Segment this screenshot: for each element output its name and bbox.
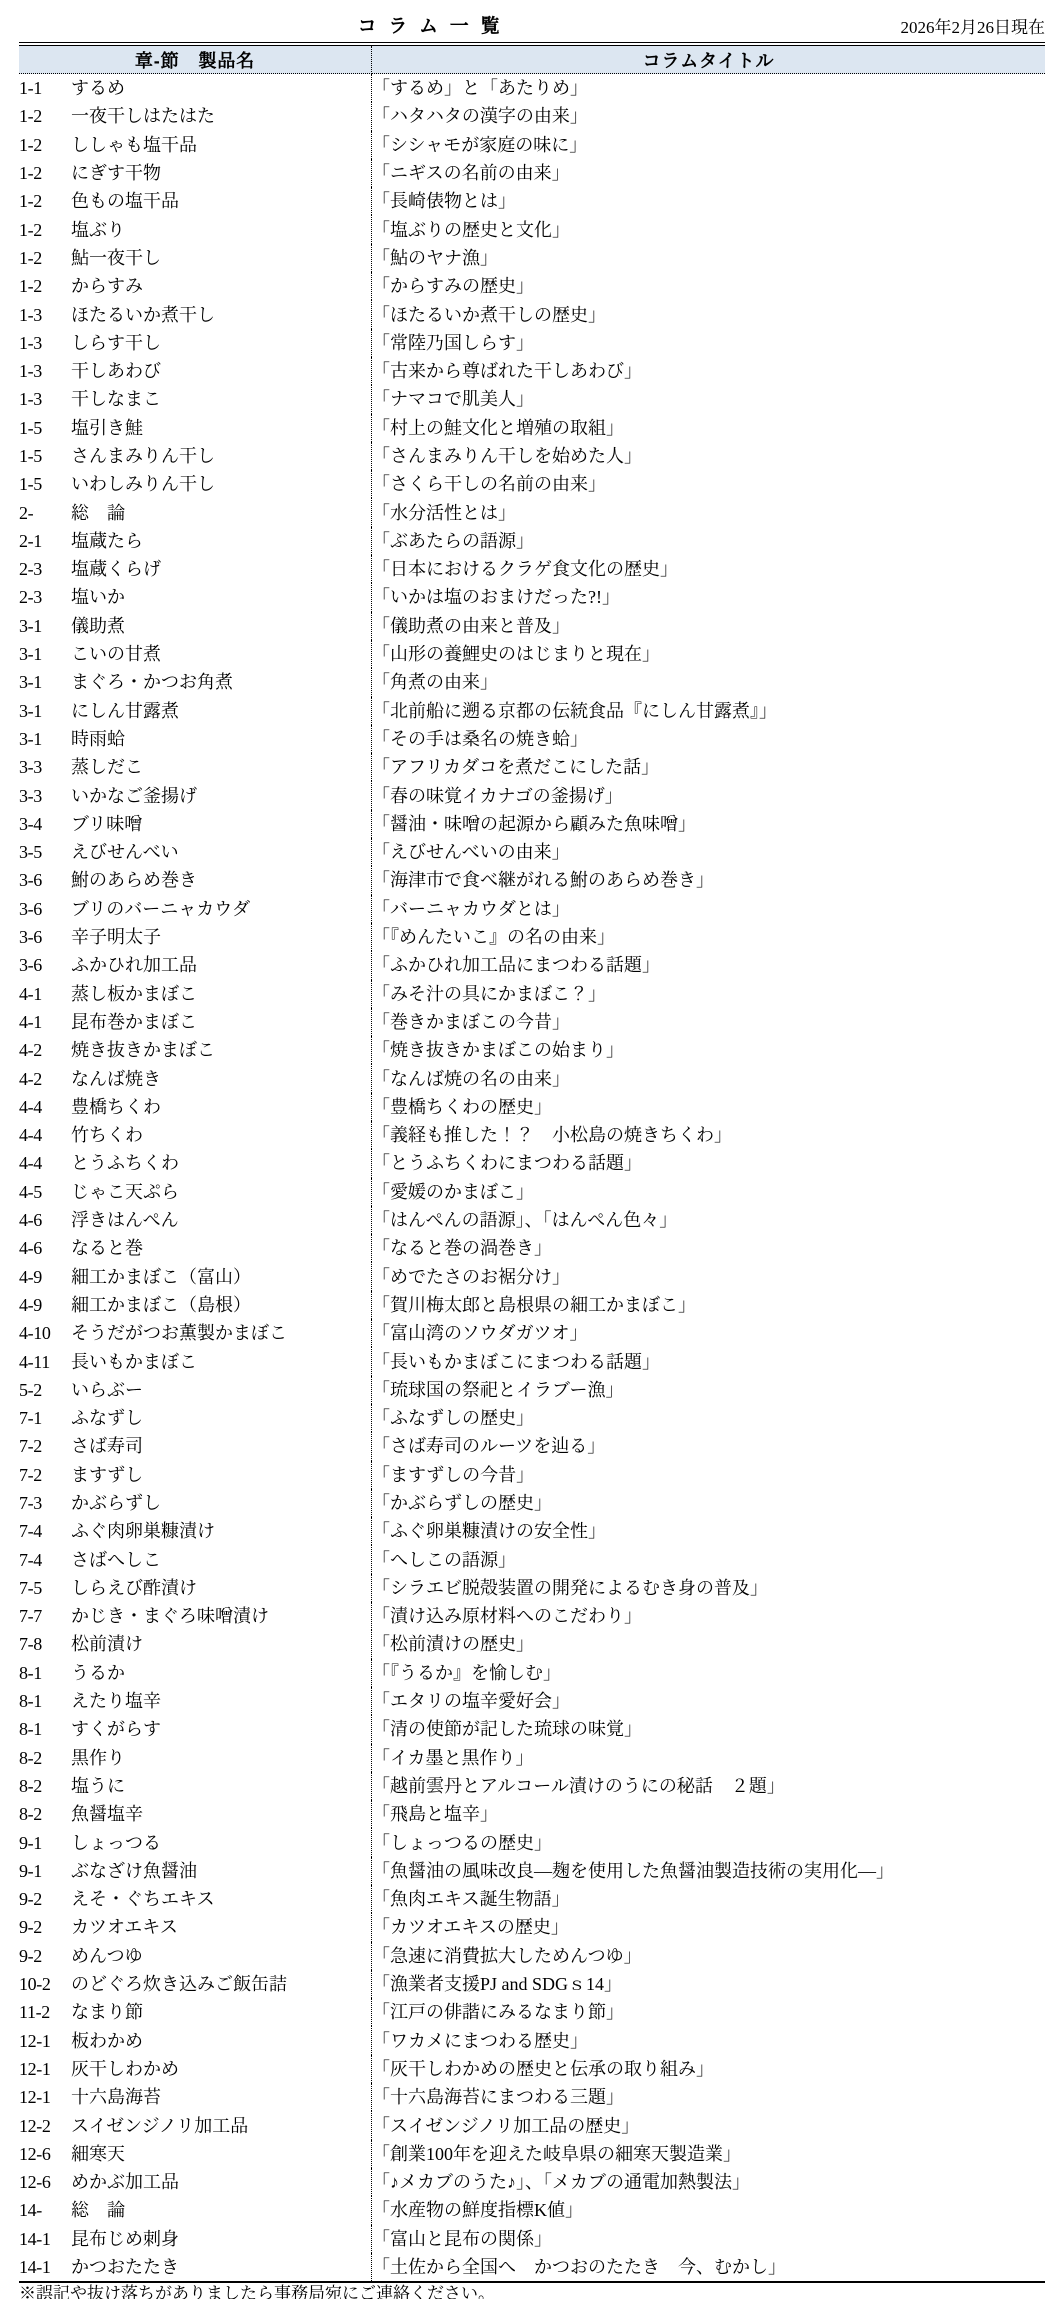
- row-product-name: からすみ: [71, 276, 143, 296]
- table-row: 11-2なまり節 「江戸の俳諧にみるなまり節」: [19, 1998, 1045, 2026]
- row-column-title: 「へしこの語源」: [372, 1545, 1046, 1573]
- row-chapter-section: 9-2: [19, 1890, 71, 1908]
- row-product-name: じゃこ天ぷら: [71, 1182, 179, 1202]
- row-product-name: うるか: [71, 1663, 125, 1683]
- row-product-name: 塩いか: [71, 587, 125, 607]
- cell-chapter-product: 3-1にしん甘露煮: [19, 697, 372, 725]
- table-row: 1-3干しあわび 「古来から尊ばれた干しあわび」: [19, 357, 1045, 385]
- row-product-name: スイゼンジノリ加工品: [71, 2116, 248, 2136]
- cell-chapter-product: 12-6めかぶ加工品: [19, 2168, 372, 2196]
- row-chapter-section: 3-4: [19, 815, 71, 833]
- cell-chapter-product: 7-4ふぐ肉卵巣糠漬け: [19, 1517, 372, 1545]
- row-chapter-section: 7-5: [19, 1579, 71, 1597]
- column-list-table: 章‐節 製品名 コラムタイトル 1-1するめ 「するめ」と「あたりめ」 1-2一…: [19, 46, 1045, 2281]
- cell-chapter-product: 4-5じゃこ天ぷら: [19, 1178, 372, 1206]
- table-row: 7-3かぶらずし 「かぶらずしの歴史」: [19, 1489, 1045, 1517]
- row-product-name: いかなご釜揚げ: [71, 786, 197, 806]
- table-row: 1-3しらす干し 「常陸乃国しらす」: [19, 329, 1045, 357]
- row-product-name: 魚醤塩辛: [71, 1804, 143, 1824]
- row-column-title: 「漁業者支援PJ and SDGｓ14」: [372, 1970, 1046, 1998]
- cell-chapter-product: 1-3しらす干し: [19, 329, 372, 357]
- row-product-name: 蒸し板かまぼこ: [71, 984, 197, 1004]
- row-product-name: 灰干しわかめ: [71, 2059, 179, 2079]
- row-chapter-section: 12-2: [19, 2117, 71, 2135]
- row-product-name: しょっつる: [71, 1833, 161, 1853]
- row-chapter-section: 8-2: [19, 1749, 71, 1767]
- cell-chapter-product: 1-5塩引き鮭: [19, 414, 372, 442]
- row-chapter-section: 4-1: [19, 1013, 71, 1031]
- table-row: 3-4ブリ味噌 「醤油・味噌の起源から顧みた魚味噌」: [19, 810, 1045, 838]
- cell-chapter-product: 12-1板わかめ: [19, 2026, 372, 2054]
- cell-chapter-product: 8-1うるか: [19, 1659, 372, 1687]
- cell-chapter-product: 7-5しらえび酢漬け: [19, 1574, 372, 1602]
- as-of-date: 2026年2月26日現在: [850, 19, 1045, 36]
- row-chapter-section: 4-4: [19, 1154, 71, 1172]
- table-row: 12-1板わかめ 「ワカメにまつわる歴史」: [19, 2026, 1045, 2054]
- row-chapter-section: 1-2: [19, 221, 71, 239]
- row-chapter-section: 3-1: [19, 730, 71, 748]
- table-row: 8-1えたり塩辛 「エタリの塩辛愛好会」: [19, 1687, 1045, 1715]
- row-product-name: 浮きはんぺん: [71, 1210, 179, 1230]
- document-page: コラム一覧 2026年2月26日現在 章‐節 製品名 コラムタイトル 1-1する…: [0, 0, 1064, 2299]
- table-row: 4-9細工かまぼこ（富山） 「めでたさのお裾分け」: [19, 1262, 1045, 1290]
- row-column-title: 「ニギスの名前の由来」: [372, 159, 1046, 187]
- table-row: 3-1にしん甘露煮 「北前船に遡る京都の伝統食品『にしん甘露煮』」: [19, 697, 1045, 725]
- row-column-title: 「アフリカダコを煮だこにした話」: [372, 753, 1046, 781]
- row-product-name: しらす干し: [71, 333, 161, 353]
- row-column-title: 「海津市で食べ継がれる鮒のあらめ巻き」: [372, 866, 1046, 894]
- table-row: 2-3塩蔵くらげ 「日本におけるクラゲ食文化の歴史」: [19, 555, 1045, 583]
- table-row: 1-2鮎一夜干し 「鮎のヤナ漁」: [19, 244, 1045, 272]
- cell-chapter-product: 1-2からすみ: [19, 272, 372, 300]
- row-product-name: さば寿司: [71, 1436, 143, 1456]
- row-chapter-section: 7-8: [19, 1635, 71, 1653]
- row-chapter-section: 2-1: [19, 532, 71, 550]
- row-column-title: 「なると巻の渦巻き」: [372, 1234, 1046, 1262]
- row-chapter-section: 12-1: [19, 2032, 71, 2050]
- row-product-name: ぶなざけ魚醤油: [71, 1861, 197, 1881]
- cell-chapter-product: 4-6なると巻: [19, 1234, 372, 1262]
- row-chapter-section: 9-2: [19, 1947, 71, 1965]
- table-row: 12-2スイゼンジノリ加工品 「スイゼンジノリ加工品の歴史」: [19, 2111, 1045, 2139]
- row-product-name: するめ: [71, 78, 125, 98]
- cell-chapter-product: 4-4竹ちくわ: [19, 1121, 372, 1149]
- row-chapter-section: 1-2: [19, 164, 71, 182]
- row-column-title: 「いかは塩のおまけだった?!」: [372, 583, 1046, 611]
- row-product-name: ますずし: [71, 1465, 143, 1485]
- row-product-name: 時雨蛤: [71, 729, 125, 749]
- row-column-title: 「水産物の鮮度指標K値」: [372, 2196, 1046, 2224]
- row-chapter-section: 7-4: [19, 1522, 71, 1540]
- table-row: 4-1蒸し板かまぼこ 「みそ汁の具にかまぼこ？」: [19, 980, 1045, 1008]
- row-column-title: 「富山と昆布の関係」: [372, 2225, 1046, 2253]
- row-chapter-section: 11-2: [19, 2003, 71, 2021]
- cell-chapter-product: 14-総 論: [19, 2196, 372, 2224]
- cell-chapter-product: 8-1すくがらす: [19, 1715, 372, 1743]
- cell-chapter-product: 8-1えたり塩辛: [19, 1687, 372, 1715]
- row-chapter-section: 3-3: [19, 787, 71, 805]
- row-column-title: 「古来から尊ばれた干しあわび」: [372, 357, 1046, 385]
- row-product-name: 塩うに: [71, 1776, 125, 1796]
- row-column-title: 「富山湾のソウダガツオ」: [372, 1319, 1046, 1347]
- row-column-title: 「スイゼンジノリ加工品の歴史」: [372, 2111, 1046, 2139]
- row-product-name: 細寒天: [71, 2144, 125, 2164]
- row-column-title: 「シシャモが家庭の味に」: [372, 131, 1046, 159]
- table-row: 4-4豊橋ちくわ 「豊橋ちくわの歴史」: [19, 1093, 1045, 1121]
- row-chapter-section: 4-11: [19, 1353, 71, 1371]
- row-product-name: 鮒のあらめ巻き: [71, 870, 197, 890]
- cell-chapter-product: 3-6鮒のあらめ巻き: [19, 866, 372, 894]
- row-chapter-section: 1-3: [19, 390, 71, 408]
- row-column-title: 「ふなずしの歴史」: [372, 1404, 1046, 1432]
- row-column-title: 「ふかひれ加工品にまつわる話題」: [372, 951, 1046, 979]
- row-column-title: 「創業100年を迎えた岐阜県の細寒天製造業」: [372, 2140, 1046, 2168]
- table-row: 8-1うるか 「『うるか』を愉しむ」: [19, 1659, 1045, 1687]
- row-column-title: 「焼き抜きかまぼこの始まり」: [372, 1036, 1046, 1064]
- row-product-name: のどぐろ炊き込みご飯缶詰: [71, 1974, 287, 1994]
- row-chapter-section: 7-2: [19, 1437, 71, 1455]
- row-product-name: 塩引き鮭: [71, 418, 143, 438]
- row-chapter-section: 1-5: [19, 447, 71, 465]
- row-column-title: 「なんば焼の名の由来」: [372, 1064, 1046, 1092]
- cell-chapter-product: 2-総 論: [19, 498, 372, 526]
- cell-chapter-product: 7-1ふなずし: [19, 1404, 372, 1432]
- table-row: 2-1塩蔵たら 「ぶあたらの語源」: [19, 527, 1045, 555]
- footer-note: ※誤記や抜け落ちがありましたら事務局宛にご連絡ください。: [19, 2285, 1045, 2299]
- row-column-title: 「清の使節が記した琉球の味覚」: [372, 1715, 1046, 1743]
- row-product-name: ししゃも塩干品: [71, 135, 197, 155]
- table-row: 1-2にぎす干物 「ニギスの名前の由来」: [19, 159, 1045, 187]
- row-column-title: 「シラエビ脱殻装置の開発によるむき身の普及」: [372, 1574, 1046, 1602]
- row-chapter-section: 3-6: [19, 900, 71, 918]
- table-row: 2-3塩いか 「いかは塩のおまけだった?!」: [19, 583, 1045, 611]
- row-chapter-section: 4-9: [19, 1268, 71, 1286]
- table-row: 3-3いかなご釜揚げ 「春の味覚イカナゴの釜揚げ」: [19, 781, 1045, 809]
- cell-chapter-product: 7-3かぶらずし: [19, 1489, 372, 1517]
- cell-chapter-product: 3-1こいの甘煮: [19, 640, 372, 668]
- row-column-title: 「魚肉エキス誕生物語」: [372, 1885, 1046, 1913]
- cell-chapter-product: 1-2にぎす干物: [19, 159, 372, 187]
- row-column-title: 「松前漬けの歴史」: [372, 1630, 1046, 1658]
- row-product-name: にぎす干物: [71, 163, 161, 183]
- row-column-title: 「儀助煮の由来と普及」: [372, 612, 1046, 640]
- cell-chapter-product: 3-6ブリのバーニャカウダ: [19, 895, 372, 923]
- row-product-name: えそ・ぐちエキス: [71, 1889, 215, 1909]
- header-chapter-product: 章‐節 製品名: [19, 46, 372, 74]
- table-row: 4-2焼き抜きかまぼこ 「焼き抜きかまぼこの始まり」: [19, 1036, 1045, 1064]
- cell-chapter-product: 1-2ししゃも塩干品: [19, 131, 372, 159]
- cell-chapter-product: 3-3いかなご釜揚げ: [19, 781, 372, 809]
- table-row: 4-9細工かまぼこ（島根） 「賀川梅太郎と島根県の細工かまぼこ」: [19, 1291, 1045, 1319]
- cell-chapter-product: 7-4さばへしこ: [19, 1545, 372, 1573]
- row-column-title: 「水分活性とは」: [372, 498, 1046, 526]
- cell-chapter-product: 3-1時雨蛤: [19, 725, 372, 753]
- cell-chapter-product: 7-8松前漬け: [19, 1630, 372, 1658]
- cell-chapter-product: 1-2一夜干しはたはた: [19, 102, 372, 130]
- table-row: 3-6ブリのバーニャカウダ 「バーニャカウダとは」: [19, 895, 1045, 923]
- row-product-name: すくがらす: [71, 1719, 161, 1739]
- cell-chapter-product: 12-1灰干しわかめ: [19, 2055, 372, 2083]
- row-product-name: 総 論: [71, 503, 125, 523]
- row-column-title: 「ますずしの今昔」: [372, 1461, 1046, 1489]
- table-row: 4-2なんば焼き 「なんば焼の名の由来」: [19, 1064, 1045, 1092]
- table-row: 8-2塩うに 「越前雲丹とアルコール漬けのうにの秘話 ２題」: [19, 1772, 1045, 1800]
- table-row: 7-2さば寿司 「さば寿司のルーツを辿る」: [19, 1432, 1045, 1460]
- cell-chapter-product: 4-1昆布巻かまぼこ: [19, 1008, 372, 1036]
- row-product-name: 塩蔵たら: [71, 531, 143, 551]
- row-column-title: 「ナマコで肌美人」: [372, 385, 1046, 413]
- column-list-table-wrapper: 章‐節 製品名 コラムタイトル 1-1するめ 「するめ」と「あたりめ」 1-2一…: [19, 42, 1045, 2283]
- row-column-title: 「角煮の由来」: [372, 668, 1046, 696]
- cell-chapter-product: 1-2塩ぶり: [19, 215, 372, 243]
- row-chapter-section: 7-7: [19, 1607, 71, 1625]
- cell-chapter-product: 2-3塩蔵くらげ: [19, 555, 372, 583]
- cell-chapter-product: 4-6浮きはんぺん: [19, 1206, 372, 1234]
- row-column-title: 「とうふちくわにまつわる話題」: [372, 1149, 1046, 1177]
- row-product-name: カツオエキス: [71, 1917, 178, 1937]
- row-product-name: 長いもかまぼこ: [71, 1352, 197, 1372]
- row-chapter-section: 4-4: [19, 1126, 71, 1144]
- row-chapter-section: 14-1: [19, 2230, 71, 2248]
- table-row: 1-5さんまみりん干し 「さんまみりん干しを始めた人」: [19, 442, 1045, 470]
- cell-chapter-product: 8-2黒作り: [19, 1744, 372, 1772]
- table-row: 3-1時雨蛤 「その手は桑名の焼き蛤」: [19, 725, 1045, 753]
- table-body: 1-1するめ 「するめ」と「あたりめ」 1-2一夜干しはたはた 「ハタハタの漢字…: [19, 74, 1045, 2282]
- row-column-title: 「ぶあたらの語源」: [372, 527, 1046, 555]
- row-product-name: えたり塩辛: [71, 1691, 161, 1711]
- row-product-name: なんば焼き: [71, 1069, 161, 1089]
- cell-chapter-product: 12-6細寒天: [19, 2140, 372, 2168]
- table-header-row: 章‐節 製品名 コラムタイトル: [19, 46, 1045, 74]
- row-column-title: 「長崎俵物とは」: [372, 187, 1046, 215]
- row-product-name: まぐろ・かつお角煮: [71, 672, 233, 692]
- row-column-title: 「カツオエキスの歴史」: [372, 1913, 1046, 1941]
- cell-chapter-product: 2-1塩蔵たら: [19, 527, 372, 555]
- row-product-name: にしん甘露煮: [71, 701, 179, 721]
- table-row: 2-総 論 「水分活性とは」: [19, 498, 1045, 526]
- row-column-title: 「豊橋ちくわの歴史」: [372, 1093, 1046, 1121]
- row-chapter-section: 12-6: [19, 2173, 71, 2191]
- cell-chapter-product: 9-1しょっつる: [19, 1828, 372, 1856]
- cell-chapter-product: 7-7かじき・まぐろ味噌漬け: [19, 1602, 372, 1630]
- row-product-name: しらえび酢漬け: [71, 1578, 197, 1598]
- row-product-name: 一夜干しはたはた: [71, 106, 215, 126]
- table-row: 7-4ふぐ肉卵巣糠漬け 「ふぐ卵巣糠漬けの安全性」: [19, 1517, 1045, 1545]
- row-product-name: なまり節: [71, 2002, 143, 2022]
- row-column-title: 「エタリの塩辛愛好会」: [372, 1687, 1046, 1715]
- row-chapter-section: 3-1: [19, 702, 71, 720]
- row-product-name: 辛子明太子: [71, 927, 161, 947]
- table-row: 12-6細寒天 「創業100年を迎えた岐阜県の細寒天製造業」: [19, 2140, 1045, 2168]
- row-chapter-section: 2-3: [19, 560, 71, 578]
- row-chapter-section: 7-3: [19, 1494, 71, 1512]
- row-column-title: 「塩ぶりの歴史と文化」: [372, 215, 1046, 243]
- row-product-name: かつおたたき: [71, 2257, 179, 2277]
- cell-chapter-product: 1-3ほたるいか煮干し: [19, 300, 372, 328]
- row-column-title: 「さば寿司のルーツを辿る」: [372, 1432, 1046, 1460]
- table-row: 7-4さばへしこ 「へしこの語源」: [19, 1545, 1045, 1573]
- row-chapter-section: 2-: [19, 504, 71, 522]
- row-product-name: 細工かまぼこ（島根）: [71, 1295, 251, 1315]
- row-column-title: 「はんぺんの語源」、「はんぺん色々」: [372, 1206, 1046, 1234]
- cell-chapter-product: 8-2塩うに: [19, 1772, 372, 1800]
- row-chapter-section: 1-3: [19, 306, 71, 324]
- row-column-title: 「めでたさのお裾分け」: [372, 1262, 1046, 1290]
- row-column-title: 「醤油・味噌の起源から顧みた魚味噌」: [372, 810, 1046, 838]
- row-product-name: 儀助煮: [71, 616, 125, 636]
- row-chapter-section: 9-1: [19, 1862, 71, 1880]
- table-row: 4-1昆布巻かまぼこ 「巻きかまぼこの今昔」: [19, 1008, 1045, 1036]
- row-chapter-section: 4-6: [19, 1239, 71, 1257]
- row-product-name: 塩ぶり: [71, 220, 125, 240]
- row-product-name: こいの甘煮: [71, 644, 161, 664]
- table-row: 9-2めんつゆ 「急速に消費拡大しためんつゆ」: [19, 1942, 1045, 1970]
- row-chapter-section: 8-1: [19, 1720, 71, 1738]
- row-column-title: 「村上の鮭文化と増殖の取組」: [372, 414, 1046, 442]
- table-row: 1-3干しなまこ 「ナマコで肌美人」: [19, 385, 1045, 413]
- row-product-name: ブリのバーニャカウダ: [71, 899, 250, 919]
- cell-chapter-product: 9-2えそ・ぐちエキス: [19, 1885, 372, 1913]
- row-column-title: 「魚醤油の風味改良―麹を使用した魚醤油製造技術の実用化―」: [372, 1857, 1046, 1885]
- row-chapter-section: 4-2: [19, 1070, 71, 1088]
- table-row: 4-6なると巻 「なると巻の渦巻き」: [19, 1234, 1045, 1262]
- cell-chapter-product: 3-3蒸しだこ: [19, 753, 372, 781]
- table-row: 4-10そうだがつお薫製かまぼこ 「富山湾のソウダガツオ」: [19, 1319, 1045, 1347]
- row-chapter-section: 1-3: [19, 362, 71, 380]
- table-row: 4-4とうふちくわ 「とうふちくわにまつわる話題」: [19, 1149, 1045, 1177]
- table-row: 10-2のどぐろ炊き込みご飯缶詰 「漁業者支援PJ and SDGｓ14」: [19, 1970, 1045, 1998]
- table-row: 12-1十六島海苔 「十六島海苔にまつわる三題」: [19, 2083, 1045, 2111]
- row-chapter-section: 1-3: [19, 334, 71, 352]
- cell-chapter-product: 4-10そうだがつお薫製かまぼこ: [19, 1319, 372, 1347]
- cell-chapter-product: 1-2鮎一夜干し: [19, 244, 372, 272]
- row-column-title: 「義経も推した！？ 小松島の焼きちくわ」: [372, 1121, 1046, 1149]
- row-chapter-section: 5-2: [19, 1381, 71, 1399]
- cell-chapter-product: 9-2めんつゆ: [19, 1942, 372, 1970]
- row-product-name: 昆布巻かまぼこ: [71, 1012, 197, 1032]
- table-row: 1-2色もの塩干品 「長崎俵物とは」: [19, 187, 1045, 215]
- row-product-name: ふかひれ加工品: [71, 955, 197, 975]
- row-chapter-section: 3-1: [19, 645, 71, 663]
- row-column-title: 「ハタハタの漢字の由来」: [372, 102, 1046, 130]
- row-product-name: かぶらずし: [71, 1493, 161, 1513]
- row-chapter-section: 9-1: [19, 1834, 71, 1852]
- table-row: 9-1しょっつる 「しょっつるの歴史」: [19, 1828, 1045, 1856]
- row-chapter-section: 3-6: [19, 928, 71, 946]
- table-row: 1-2ししゃも塩干品 「シシャモが家庭の味に」: [19, 131, 1045, 159]
- cell-chapter-product: 4-11長いもかまぼこ: [19, 1347, 372, 1375]
- table-row: 3-6鮒のあらめ巻き 「海津市で食べ継がれる鮒のあらめ巻き」: [19, 866, 1045, 894]
- table-row: 1-3ほたるいか煮干し 「ほたるいか煮干しの歴史」: [19, 300, 1045, 328]
- row-column-title: 「急速に消費拡大しためんつゆ」: [372, 1942, 1046, 1970]
- row-product-name: 細工かまぼこ（富山）: [71, 1267, 251, 1287]
- row-column-title: 「琉球国の祭祀とイラブー漁」: [372, 1376, 1046, 1404]
- cell-chapter-product: 9-2カツオエキス: [19, 1913, 372, 1941]
- row-column-title: 「バーニャカウダとは」: [372, 895, 1046, 923]
- row-product-name: 豊橋ちくわ: [71, 1097, 161, 1117]
- row-column-title: 「巻きかまぼこの今昔」: [372, 1008, 1046, 1036]
- cell-chapter-product: 14-1かつおたたき: [19, 2253, 372, 2281]
- row-column-title: 「飛島と塩辛」: [372, 1800, 1046, 1828]
- table-row: 4-6浮きはんぺん 「はんぺんの語源」、「はんぺん色々」: [19, 1206, 1045, 1234]
- row-column-title: 「みそ汁の具にかまぼこ？」: [372, 980, 1046, 1008]
- row-chapter-section: 12-1: [19, 2060, 71, 2078]
- row-chapter-section: 8-2: [19, 1777, 71, 1795]
- table-row: 12-6めかぶ加工品 「♪メカブのうた♪」、「メカブの通電加熱製法」: [19, 2168, 1045, 2196]
- cell-chapter-product: 5-2いらぶー: [19, 1376, 372, 1404]
- table-row: 9-1ぶなざけ魚醤油 「魚醤油の風味改良―麹を使用した魚醤油製造技術の実用化―」: [19, 1857, 1045, 1885]
- cell-chapter-product: 3-4ブリ味噌: [19, 810, 372, 838]
- row-column-title: 「長いもかまぼこにまつわる話題」: [372, 1347, 1046, 1375]
- row-product-name: とうふちくわ: [71, 1153, 179, 1173]
- row-column-title: 「土佐から全国へ かつおのたたき 今、むかし」: [372, 2253, 1046, 2281]
- row-product-name: そうだがつお薫製かまぼこ: [71, 1323, 287, 1343]
- row-chapter-section: 3-5: [19, 843, 71, 861]
- cell-chapter-product: 1-3干しあわび: [19, 357, 372, 385]
- table-row: 3-1まぐろ・かつお角煮 「角煮の由来」: [19, 668, 1045, 696]
- cell-chapter-product: 4-2なんば焼き: [19, 1064, 372, 1092]
- row-chapter-section: 10-2: [19, 1975, 71, 1993]
- cell-chapter-product: 1-5さんまみりん干し: [19, 442, 372, 470]
- row-column-title: 「からすみの歴史」: [372, 272, 1046, 300]
- row-column-title: 「江戸の俳諧にみるなまり節」: [372, 1998, 1046, 2026]
- row-chapter-section: 1-2: [19, 107, 71, 125]
- row-product-name: 十六島海苔: [71, 2087, 161, 2107]
- row-column-title: 「ワカメにまつわる歴史」: [372, 2026, 1046, 2054]
- row-chapter-section: 9-2: [19, 1918, 71, 1936]
- row-column-title: 「えびせんべいの由来」: [372, 838, 1046, 866]
- row-column-title: 「常陸乃国しらす」: [372, 329, 1046, 357]
- table-row: 14-1昆布じめ刺身 「富山と昆布の関係」: [19, 2225, 1045, 2253]
- table-row: 7-2ますずし 「ますずしの今昔」: [19, 1461, 1045, 1489]
- cell-chapter-product: 1-5いわしみりん干し: [19, 470, 372, 498]
- row-product-name: さばへしこ: [71, 1550, 161, 1570]
- cell-chapter-product: 11-2なまり節: [19, 1998, 372, 2026]
- table-row: 8-2魚醤塩辛 「飛島と塩辛」: [19, 1800, 1045, 1828]
- row-column-title: 「♪メカブのうた♪」、「メカブの通電加熱製法」: [372, 2168, 1046, 2196]
- row-column-title: 「山形の養鯉史のはじまりと現在」: [372, 640, 1046, 668]
- row-column-title: 「ほたるいか煮干しの歴史」: [372, 300, 1046, 328]
- row-chapter-section: 3-6: [19, 871, 71, 889]
- table-row: 7-7かじき・まぐろ味噌漬け 「漬け込み原材料へのこだわり」: [19, 1602, 1045, 1630]
- table-row: 3-6辛子明太子 「『めんたいこ』の名の由来」: [19, 923, 1045, 951]
- row-chapter-section: 8-1: [19, 1692, 71, 1710]
- table-row: 7-5しらえび酢漬け 「シラエビ脱殻装置の開発によるむき身の普及」: [19, 1574, 1045, 1602]
- row-product-name: 昆布じめ刺身: [71, 2229, 179, 2249]
- row-product-name: かじき・まぐろ味噌漬け: [71, 1606, 269, 1626]
- cell-chapter-product: 1-2色もの塩干品: [19, 187, 372, 215]
- row-chapter-section: 3-6: [19, 956, 71, 974]
- row-chapter-section: 14-1: [19, 2258, 71, 2276]
- row-column-title: 「十六島海苔にまつわる三題」: [372, 2083, 1046, 2111]
- table-row: 7-1ふなずし 「ふなずしの歴史」: [19, 1404, 1045, 1432]
- table-row: 8-1すくがらす 「清の使節が記した琉球の味覚」: [19, 1715, 1045, 1743]
- table-row: 1-1するめ 「するめ」と「あたりめ」: [19, 74, 1045, 103]
- row-column-title: 「イカ墨と黒作り」: [372, 1744, 1046, 1772]
- row-column-title: 「ふぐ卵巣糠漬けの安全性」: [372, 1517, 1046, 1545]
- cell-chapter-product: 14-1昆布じめ刺身: [19, 2225, 372, 2253]
- row-product-name: ほたるいか煮干し: [71, 305, 215, 325]
- cell-chapter-product: 8-2魚醤塩辛: [19, 1800, 372, 1828]
- row-product-name: なると巻: [71, 1238, 143, 1258]
- cell-chapter-product: 10-2のどぐろ炊き込みご飯缶詰: [19, 1970, 372, 1998]
- row-product-name: ふなずし: [71, 1408, 143, 1428]
- row-chapter-section: 7-1: [19, 1409, 71, 1427]
- row-product-name: 板わかめ: [71, 2031, 143, 2051]
- row-column-title: 「するめ」と「あたりめ」: [372, 74, 1046, 103]
- row-product-name: 蒸しだこ: [71, 757, 143, 777]
- cell-chapter-product: 12-2スイゼンジノリ加工品: [19, 2111, 372, 2139]
